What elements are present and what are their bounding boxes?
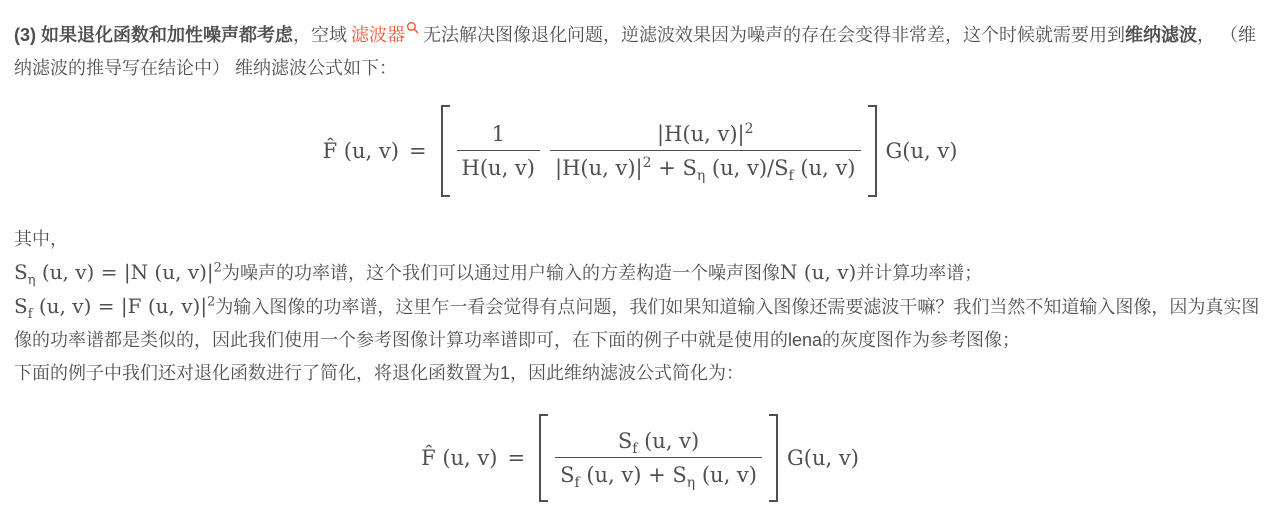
formula1-equals: = xyxy=(409,138,427,164)
formula-wiener-simplified: F̂ (u, v) = Sf (u, v) Sf (u, v) + Sη (u,… xyxy=(14,416,1266,500)
left-bracket xyxy=(441,105,450,197)
article-content: (3) 如果退化函数和加性噪声都考虑，空域滤波器无法解决图像退化问题，逆滤波效果… xyxy=(0,0,1280,500)
inline-math-input-psd: Sf (u, v) = |F (u, v)|2 xyxy=(14,294,215,318)
left-bracket xyxy=(539,414,548,502)
frac2-den-end: (u, v) xyxy=(794,156,856,180)
intro-after-link: 无法解决图像退化问题，逆滤波效果因为噪声的存在会变得非常差，这个时候就需要用到 xyxy=(423,25,1125,45)
formula2-equals: = xyxy=(507,445,525,471)
paragraph-simplify: 下面的例子中我们还对退化函数进行了简化，将退化函数置为1，因此维纳滤波公式简化为… xyxy=(14,357,1266,390)
f2-den-sub-eta: η xyxy=(687,475,695,491)
paragraph-intro: (3) 如果退化函数和加性噪声都考虑，空域滤波器无法解决图像退化问题，逆滤波效果… xyxy=(14,12,1266,85)
noise-math-body: (u, v) = |N (u, v)| xyxy=(36,260,214,284)
f2-den-s1: S xyxy=(560,463,574,487)
intro-bold-lead: (3) 如果退化函数和加性噪声都考虑 xyxy=(14,25,293,45)
frac2-num-base: |H(u, v)| xyxy=(657,122,745,146)
right-bracket xyxy=(868,105,877,197)
formula1-rhs: G(u, v) xyxy=(886,138,958,164)
f2-num-args: (u, v) xyxy=(637,429,699,453)
noise-text-2: 并计算功率谱； xyxy=(856,263,982,283)
paragraph-noise-spectrum: Sη (u, v) = |N (u, v)|2为噪声的功率谱，这个我们可以通过用… xyxy=(14,256,1266,290)
where-label: 其中， xyxy=(14,229,68,249)
formula2-rhs: G(u, v) xyxy=(787,445,859,471)
formula1-frac2-numerator: |H(u, v)|2 xyxy=(652,121,759,150)
formula2-numerator: Sf (u, v) xyxy=(613,428,704,457)
frac2-den-mid2: (u, v)/S xyxy=(705,156,788,180)
inline-math-noise-psd: Sη (u, v) = |N (u, v)|2 xyxy=(14,260,222,284)
simplify-text: 下面的例子中我们还对退化函数进行了简化，将退化函数置为1，因此维纳滤波公式简化为… xyxy=(14,363,744,383)
paragraph-input-spectrum: Sf (u, v) = |F (u, v)|2为输入图像的功率谱，这里乍一看会觉… xyxy=(14,290,1266,357)
article-page: { "meta": { "background_color": "#ffffff… xyxy=(0,0,1280,517)
formula2-denominator: Sf (u, v) + Sη (u, v) xyxy=(555,457,762,488)
input-math-body: (u, v) = |F (u, v)| xyxy=(33,294,208,318)
frac2-den-base: |H(u, v)| xyxy=(555,156,643,180)
frac2-den-mid: + S xyxy=(652,156,697,180)
f2-num-s: S xyxy=(618,429,632,453)
frac2-num-sup: 2 xyxy=(745,121,754,137)
paragraph-where: 其中， xyxy=(14,223,1266,256)
formula1-lhs: F̂ (u, v) xyxy=(323,138,399,164)
intro-bold-wiener: 维纳滤波 xyxy=(1125,25,1197,45)
intro-after-bold: ，空域 xyxy=(293,25,347,45)
formula2-lhs: F̂ (u, v) xyxy=(421,445,497,471)
noise-math-sup: 2 xyxy=(214,260,222,275)
formula-wiener-full: F̂ (u, v) = 1 H(u, v) |H(u, v)|2 |H(u, v… xyxy=(14,107,1266,195)
formula1-frac1-numerator: 1 xyxy=(487,121,510,150)
formula1-fraction-snr: |H(u, v)|2 |H(u, v)|2 + Sη (u, v)/Sf (u,… xyxy=(550,121,861,182)
formula1-fraction-inverse: 1 H(u, v) xyxy=(457,121,540,182)
keyword-link-filter[interactable]: 滤波器 xyxy=(351,25,419,45)
noise-math-sub: η xyxy=(28,273,36,288)
f2-den-mid: (u, v) + S xyxy=(580,463,687,487)
keyword-link-text[interactable]: 滤波器 xyxy=(351,25,405,45)
noise-math-s: S xyxy=(14,260,28,284)
formula1-frac1-denominator: H(u, v) xyxy=(457,150,540,181)
search-icon[interactable] xyxy=(406,12,419,45)
noise-text-1: 为噪声的功率谱，这个我们可以通过用户输入的方差构造一个噪声图像 xyxy=(222,263,780,283)
inline-math-noise-image: N (u, v) xyxy=(780,260,856,284)
frac2-den-sub-eta: η xyxy=(697,168,705,184)
formula2-fraction: Sf (u, v) Sf (u, v) + Sη (u, v) xyxy=(555,428,762,489)
right-bracket xyxy=(769,414,778,502)
input-math-s: S xyxy=(14,294,28,318)
frac2-den-sup: 2 xyxy=(643,155,652,171)
f2-den-end: (u, v) xyxy=(695,463,757,487)
formula1-frac2-denominator: |H(u, v)|2 + Sη (u, v)/Sf (u, v) xyxy=(550,150,861,181)
